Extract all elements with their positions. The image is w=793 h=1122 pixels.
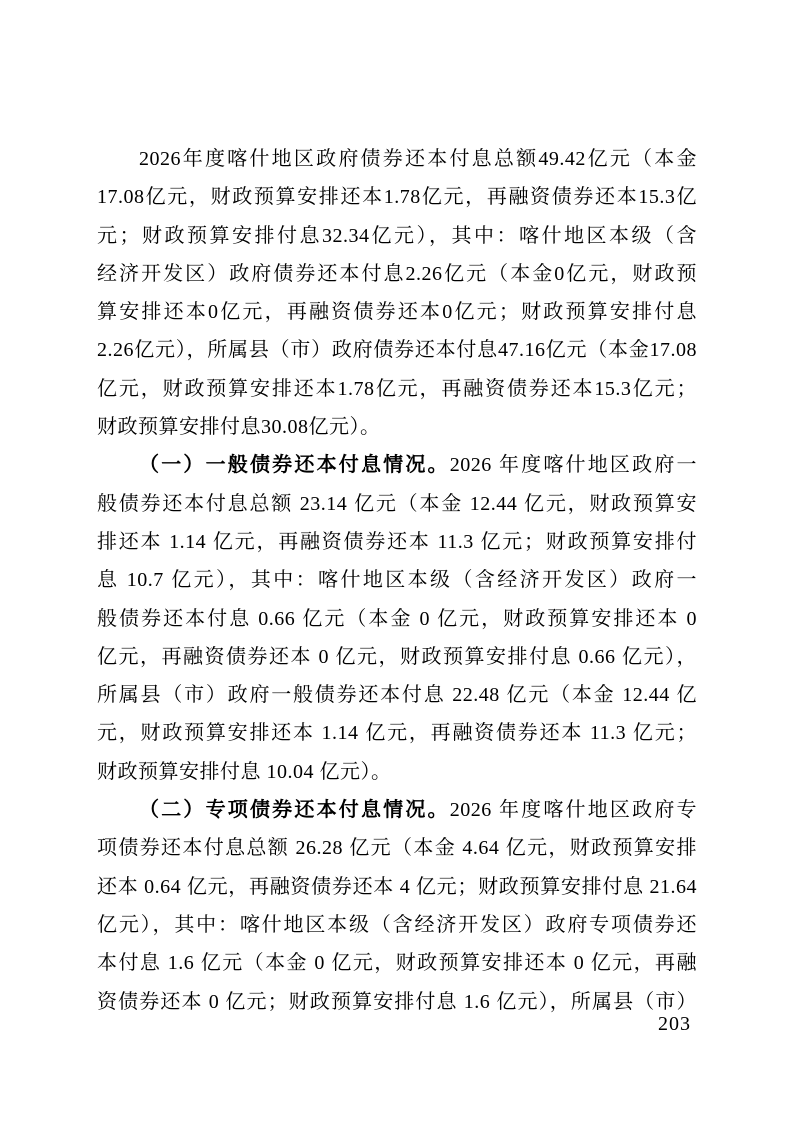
text-line: 所属县（市）政府一般债券还本付息 22.48 亿元（本金 12.44 亿: [97, 676, 697, 714]
text-line: 亿元，再融资债券还本 0 亿元，财政预算安排付息 0.66 亿元），: [97, 638, 697, 676]
text-line: 排还本 1.14 亿元，再融资债券还本 11.3 亿元；财政预算安排付: [97, 523, 697, 561]
text-line: 财政预算安排付息30.08亿元）。: [97, 408, 697, 446]
text-line: 经济开发区）政府债券还本付息2.26亿元（本金0亿元，财政预: [97, 255, 697, 293]
text-line: 元；财政预算安排付息32.34亿元），其中：喀什地区本级（含: [97, 217, 697, 255]
text-run: 元；财政预算安排付息32.34亿元），其中：喀什地区本级（含: [97, 225, 697, 247]
text-line: （二）专项债券还本付息情况。2026 年度喀什地区政府专: [97, 791, 697, 829]
text-line: 17.08亿元，财政预算安排还本1.78亿元，再融资债券还本15.3亿: [97, 178, 697, 216]
text-run: 息 10.7 亿元），其中：喀什地区本级（含经济开发区）政府一: [97, 569, 697, 591]
text-run: 还本 0.64 亿元，再融资债券还本 4 亿元；财政预算安排付息 21.64: [97, 876, 697, 898]
text-run: 2026 年度喀什地区政府一: [450, 454, 697, 476]
text-run: 本付息 1.6 亿元（本金 0 亿元，财政预算安排还本 0 亿元，再融: [97, 952, 697, 974]
text-run: 元，财政预算安排还本 1.14 亿元，再融资债券还本 11.3 亿元；: [97, 722, 697, 744]
paragraph: （一）一般债券还本付息情况。2026 年度喀什地区政府一般债券还本付息总额 23…: [97, 446, 697, 791]
text-run: 经济开发区）政府债券还本付息2.26亿元（本金0亿元，财政预: [97, 263, 697, 285]
text-run: 17.08亿元，财政预算安排还本1.78亿元，再融资债券还本15.3亿: [97, 186, 697, 208]
text-run: 2.26亿元），所属县（市）政府债券还本付息47.16亿元（本金17.08: [97, 339, 697, 361]
text-line: 亿元，财政预算安排还本1.78亿元，再融资债券还本15.3亿元；: [97, 370, 697, 408]
text-line: 算安排还本0亿元，再融资债券还本0亿元；财政预算安排付息: [97, 293, 697, 331]
text-run: 亿元），其中：喀什地区本级（含经济开发区）政府专项债券还: [97, 914, 697, 936]
text-run: 2026 年度喀什地区政府专: [450, 799, 697, 821]
text-run: 算安排还本0亿元，再融资债券还本0亿元；财政预算安排付息: [97, 301, 697, 323]
text-line: 还本 0.64 亿元，再融资债券还本 4 亿元；财政预算安排付息 21.64: [97, 868, 697, 906]
text-line: 本付息 1.6 亿元（本金 0 亿元，财政预算安排还本 0 亿元，再融: [97, 944, 697, 982]
text-run: 2026年度喀什地区政府债券还本付息总额49.42亿元（本金: [139, 148, 697, 170]
text-line: 资债券还本 0 亿元；财政预算安排付息 1.6 亿元），所属县（市）: [97, 983, 697, 1021]
text-run: 般债券还本付息总额 23.14 亿元（本金 12.44 亿元，财政预算安: [97, 493, 697, 515]
text-run: 般债券还本付息 0.66 亿元（本金 0 亿元，财政预算安排还本 0: [97, 608, 697, 630]
text-line: 息 10.7 亿元），其中：喀什地区本级（含经济开发区）政府一: [97, 561, 697, 599]
text-run: 财政预算安排付息 10.04 亿元）。: [97, 761, 392, 783]
text-line: （一）一般债券还本付息情况。2026 年度喀什地区政府一: [97, 446, 697, 484]
paragraph: 2026年度喀什地区政府债券还本付息总额49.42亿元（本金17.08亿元，财政…: [97, 140, 697, 446]
text-line: 2.26亿元），所属县（市）政府债券还本付息47.16亿元（本金17.08: [97, 331, 697, 369]
section-heading: （一）一般债券还本付息情况。: [139, 454, 450, 476]
text-run: 亿元，再融资债券还本 0 亿元，财政预算安排付息 0.66 亿元），: [97, 646, 697, 668]
text-run: 资债券还本 0 亿元；财政预算安排付息 1.6 亿元），所属县（市）: [97, 991, 697, 1013]
text-line: 般债券还本付息总额 23.14 亿元（本金 12.44 亿元，财政预算安: [97, 485, 697, 523]
document-page: 2026年度喀什地区政府债券还本付息总额49.42亿元（本金17.08亿元，财政…: [97, 140, 697, 1021]
text-run: 财政预算安排付息30.08亿元）。: [97, 416, 381, 438]
text-run: 排还本 1.14 亿元，再融资债券还本 11.3 亿元；财政预算安排付: [97, 531, 697, 553]
text-line: 财政预算安排付息 10.04 亿元）。: [97, 753, 697, 791]
text-run: 亿元，财政预算安排还本1.78亿元，再融资债券还本15.3亿元；: [97, 378, 697, 400]
text-run: 项债券还本付息总额 26.28 亿元（本金 4.64 亿元，财政预算安排: [97, 837, 697, 859]
text-line: 项债券还本付息总额 26.28 亿元（本金 4.64 亿元，财政预算安排: [97, 829, 697, 867]
page-number: 203: [658, 1012, 691, 1036]
text-line: 般债券还本付息 0.66 亿元（本金 0 亿元，财政预算安排还本 0: [97, 600, 697, 638]
paragraph: （二）专项债券还本付息情况。2026 年度喀什地区政府专项债券还本付息总额 26…: [97, 791, 697, 1021]
document-body: 2026年度喀什地区政府债券还本付息总额49.42亿元（本金17.08亿元，财政…: [97, 140, 697, 1021]
text-run: 所属县（市）政府一般债券还本付息 22.48 亿元（本金 12.44 亿: [97, 684, 697, 706]
text-line: 2026年度喀什地区政府债券还本付息总额49.42亿元（本金: [97, 140, 697, 178]
section-heading: （二）专项债券还本付息情况。: [139, 799, 450, 821]
text-line: 元，财政预算安排还本 1.14 亿元，再融资债券还本 11.3 亿元；: [97, 714, 697, 752]
text-line: 亿元），其中：喀什地区本级（含经济开发区）政府专项债券还: [97, 906, 697, 944]
